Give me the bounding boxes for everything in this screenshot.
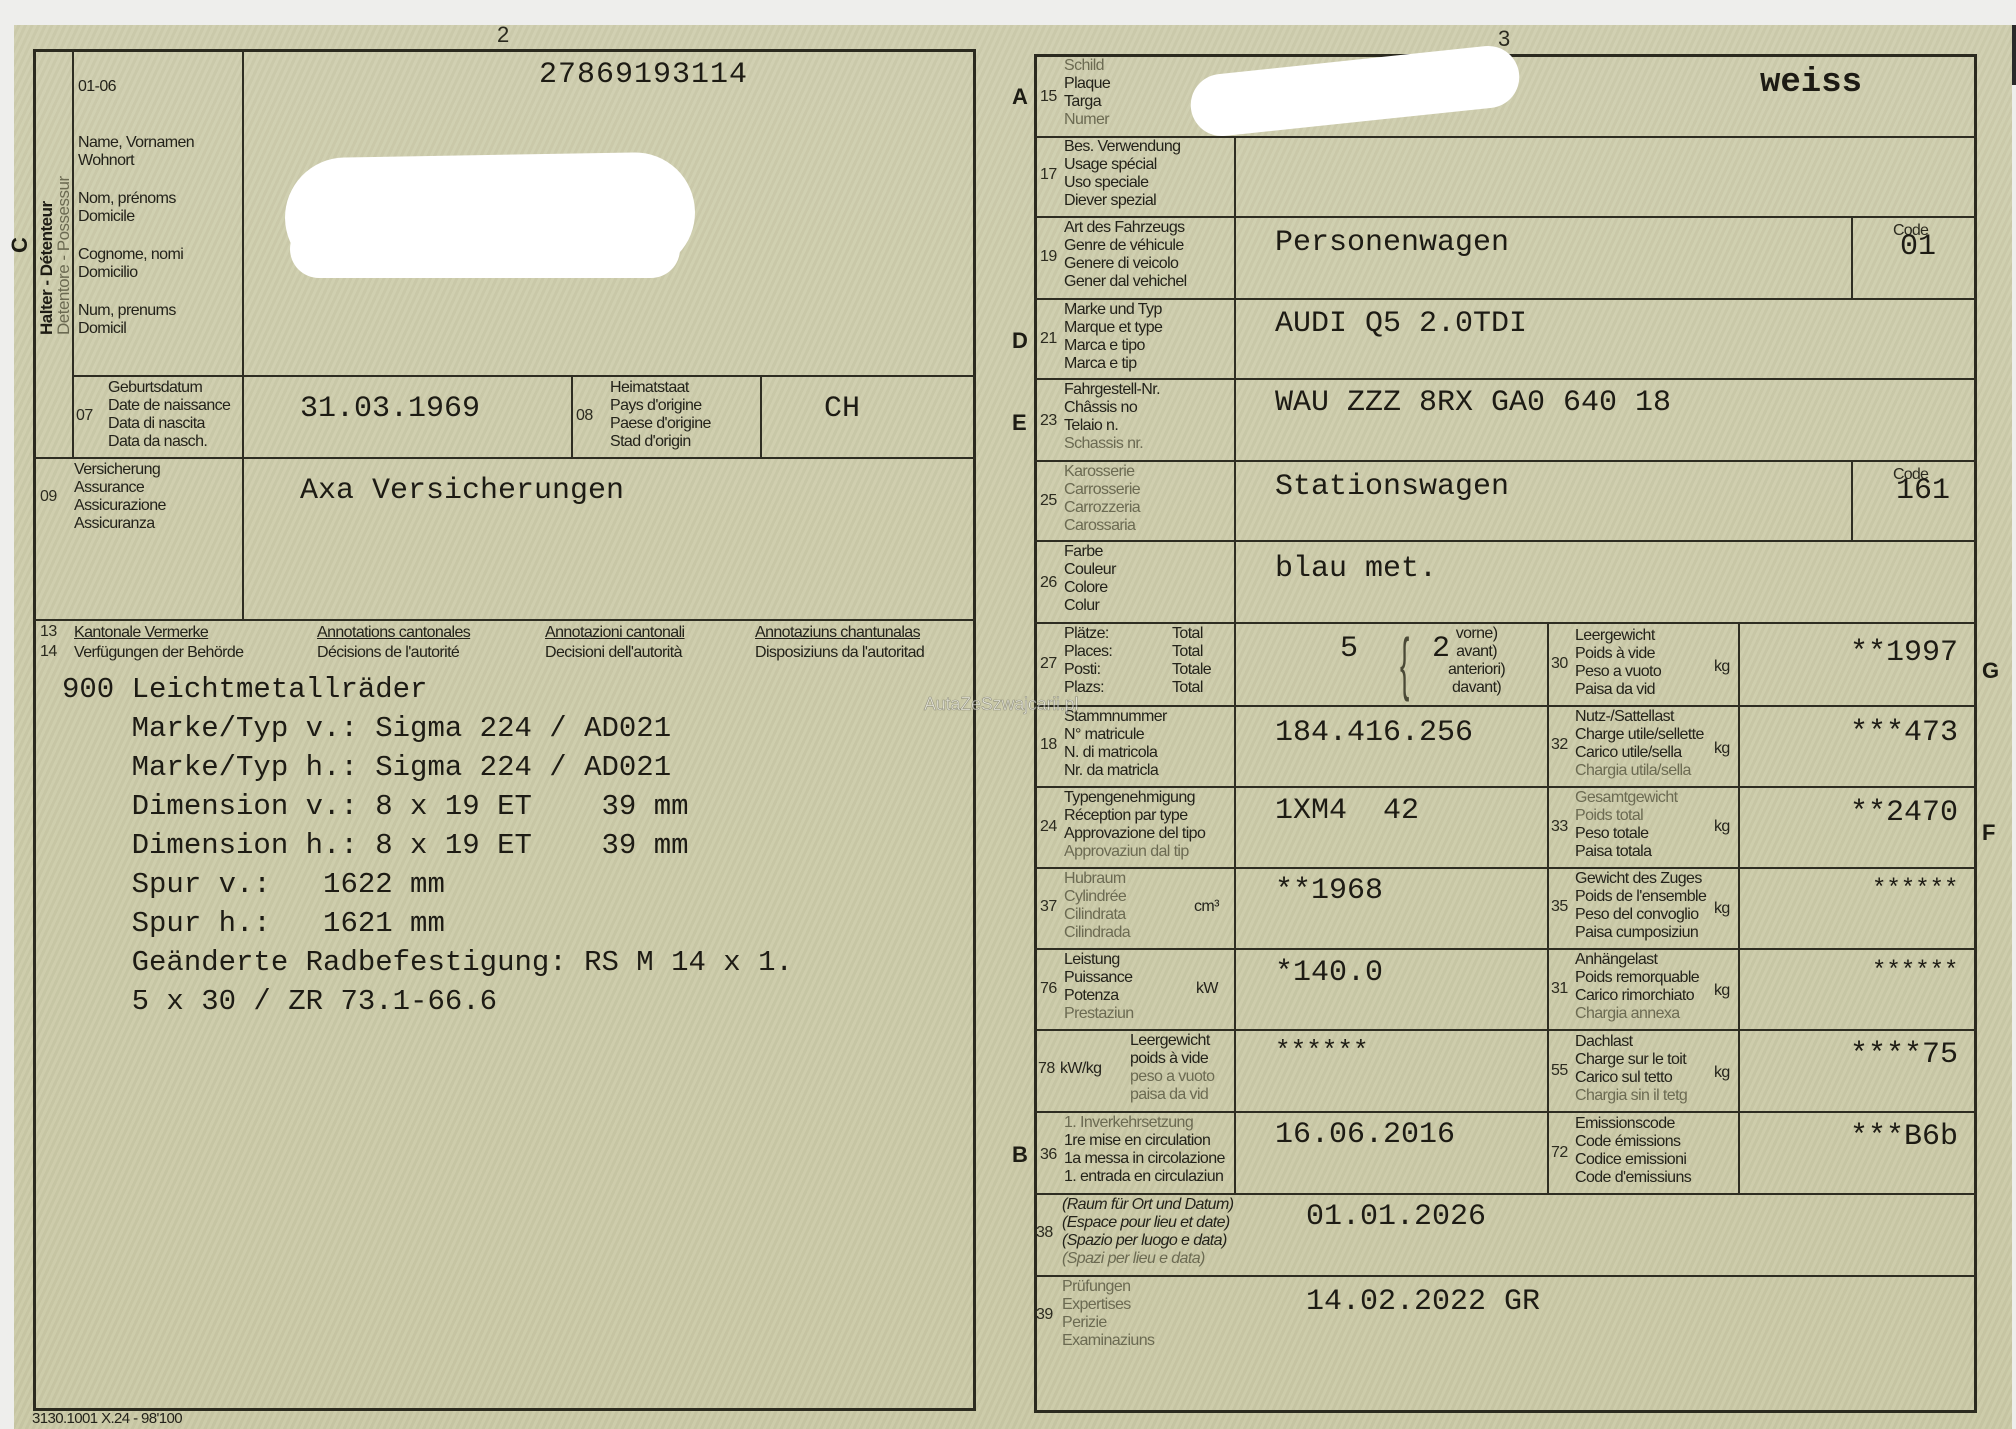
label-line: Total bbox=[1172, 643, 1211, 661]
label-line: Diever spezial bbox=[1064, 192, 1180, 210]
label-line: Data da nasch. bbox=[108, 433, 230, 451]
holder-label-it: Cognome, nomi Domicilio bbox=[78, 246, 183, 282]
divider bbox=[1034, 867, 1977, 869]
label-line: peso a vuoto bbox=[1130, 1068, 1214, 1086]
label-line: Genere di veicolo bbox=[1064, 255, 1187, 273]
field-number: 26 bbox=[1040, 574, 1057, 592]
label-line: Data di nascita bbox=[108, 415, 230, 433]
label-line: 1. entrada en circulaziun bbox=[1064, 1168, 1225, 1186]
label-line: Stammnummer bbox=[1064, 708, 1167, 726]
label-line: Chargia annexa bbox=[1575, 1005, 1699, 1023]
kg-unit: kg bbox=[1714, 740, 1730, 758]
vehicle-kind-value: Personenwagen bbox=[1275, 226, 1509, 260]
make-type-label: Marke und Typ Marque et type Marca e tip… bbox=[1064, 301, 1162, 373]
field-number: 18 bbox=[1040, 736, 1057, 754]
label-line: Domicil bbox=[78, 320, 176, 338]
label-line: Carossaria bbox=[1064, 517, 1140, 535]
empty-weight-label: Leergewicht Poids à vide Peso a vuoto Pa… bbox=[1575, 627, 1661, 699]
label-line: 1re mise en circulation bbox=[1064, 1132, 1225, 1150]
label-line: paisa da vid bbox=[1130, 1086, 1214, 1104]
label-line: Schild bbox=[1064, 57, 1110, 75]
place-date-value: 01.01.2026 bbox=[1306, 1200, 1486, 1234]
side-letter-d: D bbox=[1012, 328, 1028, 354]
field-number: 14 bbox=[40, 643, 57, 661]
field-number: 24 bbox=[1040, 818, 1057, 836]
divider bbox=[1034, 1029, 1977, 1031]
watermark: AutaZeSzwajcarii.pl bbox=[924, 694, 1078, 715]
label-line: Numer bbox=[1064, 111, 1110, 129]
holder-field-number: 01-06 bbox=[78, 78, 116, 96]
label-line: Genre de véhicule bbox=[1064, 237, 1187, 255]
label-line: Heimatstaat bbox=[610, 379, 711, 397]
decisions-header-it: Decisioni dell'autorità bbox=[545, 644, 682, 662]
trailer-load-label: Anhängelast Poids remorquable Carico rim… bbox=[1575, 951, 1699, 1023]
field-number: 21 bbox=[1040, 330, 1057, 348]
annotations-header-rm: Annotaziuns chantunalas bbox=[755, 624, 920, 642]
decisions-header-de: Verfügungen der Behörde bbox=[74, 644, 243, 662]
label-line: Stad d'origin bbox=[610, 433, 711, 451]
label-line: Peso totale bbox=[1575, 825, 1677, 843]
label-line: Leistung bbox=[1064, 951, 1134, 969]
annotation-line: Marke/Typ h.: Sigma 224 / AD021 bbox=[62, 748, 793, 787]
field-number: 37 bbox=[1040, 898, 1057, 916]
chassis-value: WAU ZZZ 8RX GA0 640 18 bbox=[1275, 386, 1671, 420]
label-line: Hubraum bbox=[1064, 870, 1130, 888]
divider bbox=[1851, 460, 1853, 540]
label-line: Châssis no bbox=[1064, 399, 1160, 417]
label-line: Gewicht des Zuges bbox=[1575, 870, 1706, 888]
divider bbox=[242, 49, 244, 620]
total-weight-value: **2470 bbox=[1850, 796, 1958, 830]
label-line: (Raum für Ort und Datum) bbox=[1062, 1196, 1233, 1214]
divider bbox=[1034, 622, 1977, 624]
birth-date-value: 31.03.1969 bbox=[300, 392, 480, 426]
document-number: 27869193114 bbox=[539, 58, 748, 92]
plate-color-value: weiss bbox=[1760, 64, 1862, 102]
chassis-label: Fahrgestell-Nr. Châssis no Telaio n. Sch… bbox=[1064, 381, 1160, 453]
seats-total-value: 5 bbox=[1340, 632, 1358, 666]
label-line: vorne) bbox=[1448, 625, 1505, 643]
divider bbox=[1851, 216, 1853, 298]
seats-total-label: Total Total Totale Total bbox=[1172, 625, 1211, 697]
label-line: Paisa totala bbox=[1575, 843, 1677, 861]
field-number: 17 bbox=[1040, 166, 1057, 184]
label-line: Places: bbox=[1064, 643, 1112, 661]
annotation-line: 900 Leichtmetallräder bbox=[62, 670, 793, 709]
power-value: *140.0 bbox=[1275, 956, 1383, 990]
label-line: Potenza bbox=[1064, 987, 1134, 1005]
label-line: Code d'emissiuns bbox=[1575, 1169, 1691, 1187]
label-line: Cilindrada bbox=[1064, 924, 1130, 942]
color-value: blau met. bbox=[1275, 552, 1437, 586]
label-line: Poids de l'ensemble bbox=[1575, 888, 1706, 906]
label-line: Examinaziuns bbox=[1062, 1332, 1154, 1350]
label-line: Approvazione del tipo bbox=[1064, 825, 1205, 843]
field-number: 08 bbox=[576, 407, 593, 425]
label-line: Assicurazione bbox=[74, 497, 166, 515]
label-line: Codice emissioni bbox=[1575, 1151, 1691, 1169]
side-letter-c: C bbox=[7, 237, 33, 253]
label-line: Carrozzeria bbox=[1064, 499, 1140, 517]
field-number: 23 bbox=[1040, 412, 1057, 430]
field-number: 32 bbox=[1551, 736, 1568, 754]
label-line: Anhängelast bbox=[1575, 951, 1699, 969]
field-number: 19 bbox=[1040, 248, 1057, 266]
type-approval-value: 1XM4 42 bbox=[1275, 794, 1419, 828]
divider bbox=[1738, 622, 1740, 1193]
label-line: Nom, prénoms bbox=[78, 190, 176, 208]
label-line: Nutz-/Sattellast bbox=[1575, 708, 1704, 726]
roof-load-label: Dachlast Charge sur le toit Carico sul t… bbox=[1575, 1033, 1687, 1105]
label-line: Paisa da vid bbox=[1575, 681, 1661, 699]
annotation-line: Dimension v.: 8 x 19 ET 39 mm bbox=[62, 787, 793, 826]
kg-unit: kg bbox=[1714, 900, 1730, 918]
divider bbox=[33, 619, 976, 621]
payload-value: ***473 bbox=[1850, 716, 1958, 750]
label-line: Chargia sin il tetg bbox=[1575, 1087, 1687, 1105]
label-line: Code émissions bbox=[1575, 1133, 1691, 1151]
body-label: Karosserie Carrosserie Carrozzeria Caros… bbox=[1064, 463, 1140, 535]
field-number: 76 bbox=[1040, 980, 1057, 998]
label-line: Perizie bbox=[1062, 1314, 1154, 1332]
page-number: 2 bbox=[497, 22, 509, 48]
decisions-header-fr: Décisions de l'autorité bbox=[317, 644, 459, 662]
first-registration-value: 16.06.2016 bbox=[1275, 1118, 1455, 1152]
holder-address-redaction bbox=[290, 220, 680, 278]
insurance-value: Axa Versicherungen bbox=[300, 474, 624, 508]
field-number: 31 bbox=[1551, 980, 1568, 998]
holder-vertical-label-2: Detentore - Possessur bbox=[55, 176, 72, 335]
power-weight-unit: kW/kg bbox=[1060, 1060, 1101, 1078]
label-line: Carico utile/sella bbox=[1575, 744, 1704, 762]
label-line: Peso del convoglio bbox=[1575, 906, 1706, 924]
label-line: Plätze: bbox=[1064, 625, 1112, 643]
label-line: Couleur bbox=[1064, 561, 1116, 579]
label-line: Cilindrata bbox=[1064, 906, 1130, 924]
body-value: Stationswagen bbox=[1275, 470, 1509, 504]
label-line: Colur bbox=[1064, 597, 1116, 615]
label-line: Assurance bbox=[74, 479, 166, 497]
label-line: Totale bbox=[1172, 661, 1211, 679]
field-number: 33 bbox=[1551, 818, 1568, 836]
label-line: Num, prenums bbox=[78, 302, 176, 320]
label-line: Versicherung bbox=[74, 461, 166, 479]
label-line: Geburtsdatum bbox=[108, 379, 230, 397]
label-line: Marca e tip bbox=[1064, 355, 1162, 373]
label-line: Typengenehmigung bbox=[1064, 789, 1205, 807]
label-line: Total bbox=[1172, 679, 1211, 697]
label-line: 1a messa in circolazione bbox=[1064, 1150, 1225, 1168]
side-letter-e: E bbox=[1012, 410, 1027, 436]
field-number: 55 bbox=[1551, 1062, 1568, 1080]
brace-icon: { bbox=[1400, 628, 1409, 698]
field-number: 07 bbox=[76, 407, 93, 425]
payload-label: Nutz-/Sattellast Charge utile/sellette C… bbox=[1575, 708, 1704, 780]
label-line: Poids à vide bbox=[1575, 645, 1661, 663]
label-line: Gener dal vehichel bbox=[1064, 273, 1187, 291]
displacement-label: Hubraum Cylindrée Cilindrata Cilindrada bbox=[1064, 870, 1130, 942]
label-line: Paisa cumposiziun bbox=[1575, 924, 1706, 942]
label-line: Marque et type bbox=[1064, 319, 1162, 337]
stamm-number-value: 184.416.256 bbox=[1275, 716, 1473, 750]
displacement-unit: cm³ bbox=[1194, 898, 1219, 916]
annotation-line: Dimension h.: 8 x 19 ET 39 mm bbox=[62, 826, 793, 865]
field-number: 36 bbox=[1040, 1146, 1057, 1164]
total-weight-label: Gesamtgewicht Poids total Peso totale Pa… bbox=[1575, 789, 1677, 861]
divider bbox=[1234, 136, 1236, 1193]
divider bbox=[1034, 786, 1977, 788]
divider bbox=[760, 375, 762, 458]
label-line: Nr. da matricla bbox=[1064, 762, 1167, 780]
label-line: Prüfungen bbox=[1062, 1278, 1154, 1296]
special-use-label: Bes. Verwendung Usage spécial Uso specia… bbox=[1064, 138, 1180, 210]
label-line: Prestaziun bbox=[1064, 1005, 1134, 1023]
label-line: Farbe bbox=[1064, 543, 1116, 561]
side-letter-b: B bbox=[1012, 1142, 1028, 1168]
label-line: Carico sul tetto bbox=[1575, 1069, 1687, 1087]
label-line: Approvaziun dal tip bbox=[1064, 843, 1205, 861]
divider bbox=[1034, 378, 1977, 380]
seats-front-label: vorne) avant) anteriori) davant) bbox=[1448, 625, 1505, 697]
label-line: Name, Vornamen bbox=[78, 134, 194, 152]
label-line: Expertises bbox=[1062, 1296, 1154, 1314]
divider bbox=[1034, 460, 1977, 462]
field-number: 72 bbox=[1551, 1144, 1568, 1162]
label-line: Réception par type bbox=[1064, 807, 1205, 825]
kg-unit: kg bbox=[1714, 818, 1730, 836]
field-number: 27 bbox=[1040, 655, 1057, 673]
decisions-header-rm: Disposiziuns da l'autoritad bbox=[755, 644, 924, 662]
label-line: Art des Fahrzeugs bbox=[1064, 219, 1187, 237]
type-approval-label: Typengenehmigung Réception par type Appr… bbox=[1064, 789, 1205, 861]
label-line: Carrosserie bbox=[1064, 481, 1140, 499]
kg-unit: kg bbox=[1714, 1064, 1730, 1082]
label-line: Puissance bbox=[1064, 969, 1134, 987]
displacement-value: **1968 bbox=[1275, 874, 1383, 908]
stamm-number-label: Stammnummer N° matricule N. di matricola… bbox=[1064, 708, 1167, 780]
place-date-label: (Raum für Ort und Datum) (Espace pour li… bbox=[1062, 1196, 1233, 1268]
power-label: Leistung Puissance Potenza Prestaziun bbox=[1064, 951, 1134, 1023]
first-registration-label: 1. Inverkehrsetzung 1re mise en circulat… bbox=[1064, 1114, 1225, 1186]
holder-vertical-label: Halter - Détenteur bbox=[38, 201, 55, 335]
label-line: Poids total bbox=[1575, 807, 1677, 825]
field-number: 09 bbox=[40, 488, 57, 506]
insurance-label: Versicherung Assurance Assicurazione Ass… bbox=[74, 461, 166, 533]
inspections-value: 14.02.2022 GR bbox=[1306, 1285, 1540, 1319]
label-line: Assicuranza bbox=[74, 515, 166, 533]
label-line: Chargia utila/sella bbox=[1575, 762, 1704, 780]
label-line: Date de naissance bbox=[108, 397, 230, 415]
vehicle-kind-code: 01 bbox=[1900, 230, 1936, 264]
emission-code-label: Emissionscode Code émissions Codice emis… bbox=[1575, 1115, 1691, 1187]
label-line: 1. Inverkehrsetzung bbox=[1064, 1114, 1225, 1132]
label-line: N. di matricola bbox=[1064, 744, 1167, 762]
label-line: davant) bbox=[1448, 679, 1505, 697]
train-weight-label: Gewicht des Zuges Poids de l'ensemble Pe… bbox=[1575, 870, 1706, 942]
label-line: Dachlast bbox=[1575, 1033, 1687, 1051]
field-number: 38 bbox=[1036, 1224, 1053, 1242]
label-line: Gesamtgewicht bbox=[1575, 789, 1677, 807]
divider bbox=[33, 457, 976, 459]
birth-date-label: Geburtsdatum Date de naissance Data di n… bbox=[108, 379, 230, 451]
label-line: Cognome, nomi bbox=[78, 246, 183, 264]
label-line: Fahrgestell-Nr. bbox=[1064, 381, 1160, 399]
divider bbox=[1547, 622, 1549, 1193]
label-line: Peso a vuoto bbox=[1575, 663, 1661, 681]
label-line: (Espace pour lieu et date) bbox=[1062, 1214, 1233, 1232]
page-edge bbox=[2012, 25, 2016, 85]
divider bbox=[1034, 705, 1977, 707]
label-line: Domicile bbox=[78, 208, 176, 226]
annotation-line: Spur h.: 1621 mm bbox=[62, 904, 793, 943]
side-letter-f: F bbox=[1982, 820, 1995, 846]
holder-label-de: Name, Vornamen Wohnort bbox=[78, 134, 194, 170]
annotations-text: 900 Leichtmetallräder Marke/Typ v.: Sigm… bbox=[62, 670, 793, 1021]
label-line: Leergewicht bbox=[1130, 1032, 1214, 1050]
divider bbox=[1034, 948, 1977, 950]
label-line: Marke und Typ bbox=[1064, 301, 1162, 319]
label-line: Poids remorquable bbox=[1575, 969, 1699, 987]
power-unit: kW bbox=[1196, 980, 1218, 998]
divider bbox=[571, 375, 573, 458]
field-number: 78 bbox=[1038, 1060, 1055, 1078]
label-line: Schassis nr. bbox=[1064, 435, 1160, 453]
annotations-header-fr: Annotations cantonales bbox=[317, 624, 470, 642]
label-line: Telaio n. bbox=[1064, 417, 1160, 435]
label-line: Emissionscode bbox=[1575, 1115, 1691, 1133]
color-label: Farbe Couleur Colore Colur bbox=[1064, 543, 1116, 615]
train-weight-value: ****** bbox=[1872, 876, 1958, 903]
form-footer-code: 3130.1001 X.24 - 98'100 bbox=[32, 1410, 182, 1427]
label-line: Marca e tipo bbox=[1064, 337, 1162, 355]
emission-code-value: ***B6b bbox=[1850, 1120, 1958, 1154]
divider bbox=[1034, 1275, 1977, 1277]
side-letter-g: G bbox=[1982, 658, 1999, 684]
annotations-header-it: Annotazioni cantonali bbox=[545, 624, 685, 642]
annotations-header-de: Kantonale Vermerke bbox=[74, 624, 208, 642]
label-line: Colore bbox=[1064, 579, 1116, 597]
make-type-value: AUDI Q5 2.0TDI bbox=[1275, 307, 1527, 341]
label-line: Paese d'origine bbox=[610, 415, 711, 433]
power-weight-value: ****** bbox=[1275, 1036, 1369, 1066]
side-letter-a: A bbox=[1012, 84, 1028, 110]
trailer-load-value: ****** bbox=[1872, 958, 1958, 985]
seats-label: Plätze: Places: Posti: Plazs: bbox=[1064, 625, 1112, 697]
annotation-line: Marke/Typ v.: Sigma 224 / AD021 bbox=[62, 709, 793, 748]
label-line: Carico rimorchiato bbox=[1575, 987, 1699, 1005]
divider bbox=[1034, 540, 1977, 542]
label-line: Karosserie bbox=[1064, 463, 1140, 481]
label-line: Bes. Verwendung bbox=[1064, 138, 1180, 156]
divider bbox=[1034, 298, 1977, 300]
kg-unit: kg bbox=[1714, 658, 1730, 676]
label-line: Charge sur le toit bbox=[1575, 1051, 1687, 1069]
label-line: avant) bbox=[1448, 643, 1505, 661]
label-line: anteriori) bbox=[1448, 661, 1505, 679]
label-line: Posti: bbox=[1064, 661, 1112, 679]
annotation-line: Spur v.: 1622 mm bbox=[62, 865, 793, 904]
divider bbox=[1034, 1111, 1977, 1113]
label-line: Targa bbox=[1064, 93, 1110, 111]
field-number: 15 bbox=[1040, 88, 1057, 106]
inspections-label: Prüfungen Expertises Perizie Examinaziun… bbox=[1062, 1278, 1154, 1350]
home-state-value: CH bbox=[824, 392, 860, 426]
holder-label-fr: Nom, prénoms Domicile bbox=[78, 190, 176, 226]
divider bbox=[72, 375, 975, 377]
label-line: Wohnort bbox=[78, 152, 194, 170]
label-line: (Spazio per luogo e data) bbox=[1062, 1232, 1233, 1250]
label-line: Total bbox=[1172, 625, 1211, 643]
annotation-line: 5 x 30 / ZR 73.1-66.6 bbox=[62, 982, 793, 1021]
label-line: Plaque bbox=[1064, 75, 1110, 93]
label-line: Cylindrée bbox=[1064, 888, 1130, 906]
body-code: 161 bbox=[1896, 474, 1950, 508]
divider bbox=[1034, 1193, 1977, 1195]
annotation-line: Geänderte Radbefestigung: RS M 14 x 1. bbox=[62, 943, 793, 982]
label-line: (Spazi per lieu e data) bbox=[1062, 1250, 1233, 1268]
label-line: Leergewicht bbox=[1575, 627, 1661, 645]
label-line: Pays d'origine bbox=[610, 397, 711, 415]
roof-load-value: ****75 bbox=[1850, 1038, 1958, 1072]
label-line: N° matricule bbox=[1064, 726, 1167, 744]
label-line: poids à vide bbox=[1130, 1050, 1214, 1068]
field-number: 39 bbox=[1036, 1306, 1053, 1324]
divider bbox=[1034, 216, 1977, 218]
label-line: Charge utile/sellette bbox=[1575, 726, 1704, 744]
field-number: 13 bbox=[40, 623, 57, 641]
field-number: 35 bbox=[1551, 898, 1568, 916]
field-number: 30 bbox=[1551, 655, 1568, 673]
kg-unit: kg bbox=[1714, 982, 1730, 1000]
home-state-label: Heimatstaat Pays d'origine Paese d'origi… bbox=[610, 379, 711, 451]
label-line: Uso speciale bbox=[1064, 174, 1180, 192]
label-line: Domicilio bbox=[78, 264, 183, 282]
holder-label-rm: Num, prenums Domicil bbox=[78, 302, 176, 338]
empty-weight-value: **1997 bbox=[1850, 636, 1958, 670]
plate-label: Schild Plaque Targa Numer bbox=[1064, 57, 1110, 129]
power-weight-label: Leergewicht poids à vide peso a vuoto pa… bbox=[1130, 1032, 1214, 1104]
field-number: 25 bbox=[1040, 492, 1057, 510]
vehicle-kind-label: Art des Fahrzeugs Genre de véhicule Gene… bbox=[1064, 219, 1187, 291]
label-line: Usage spécial bbox=[1064, 156, 1180, 174]
